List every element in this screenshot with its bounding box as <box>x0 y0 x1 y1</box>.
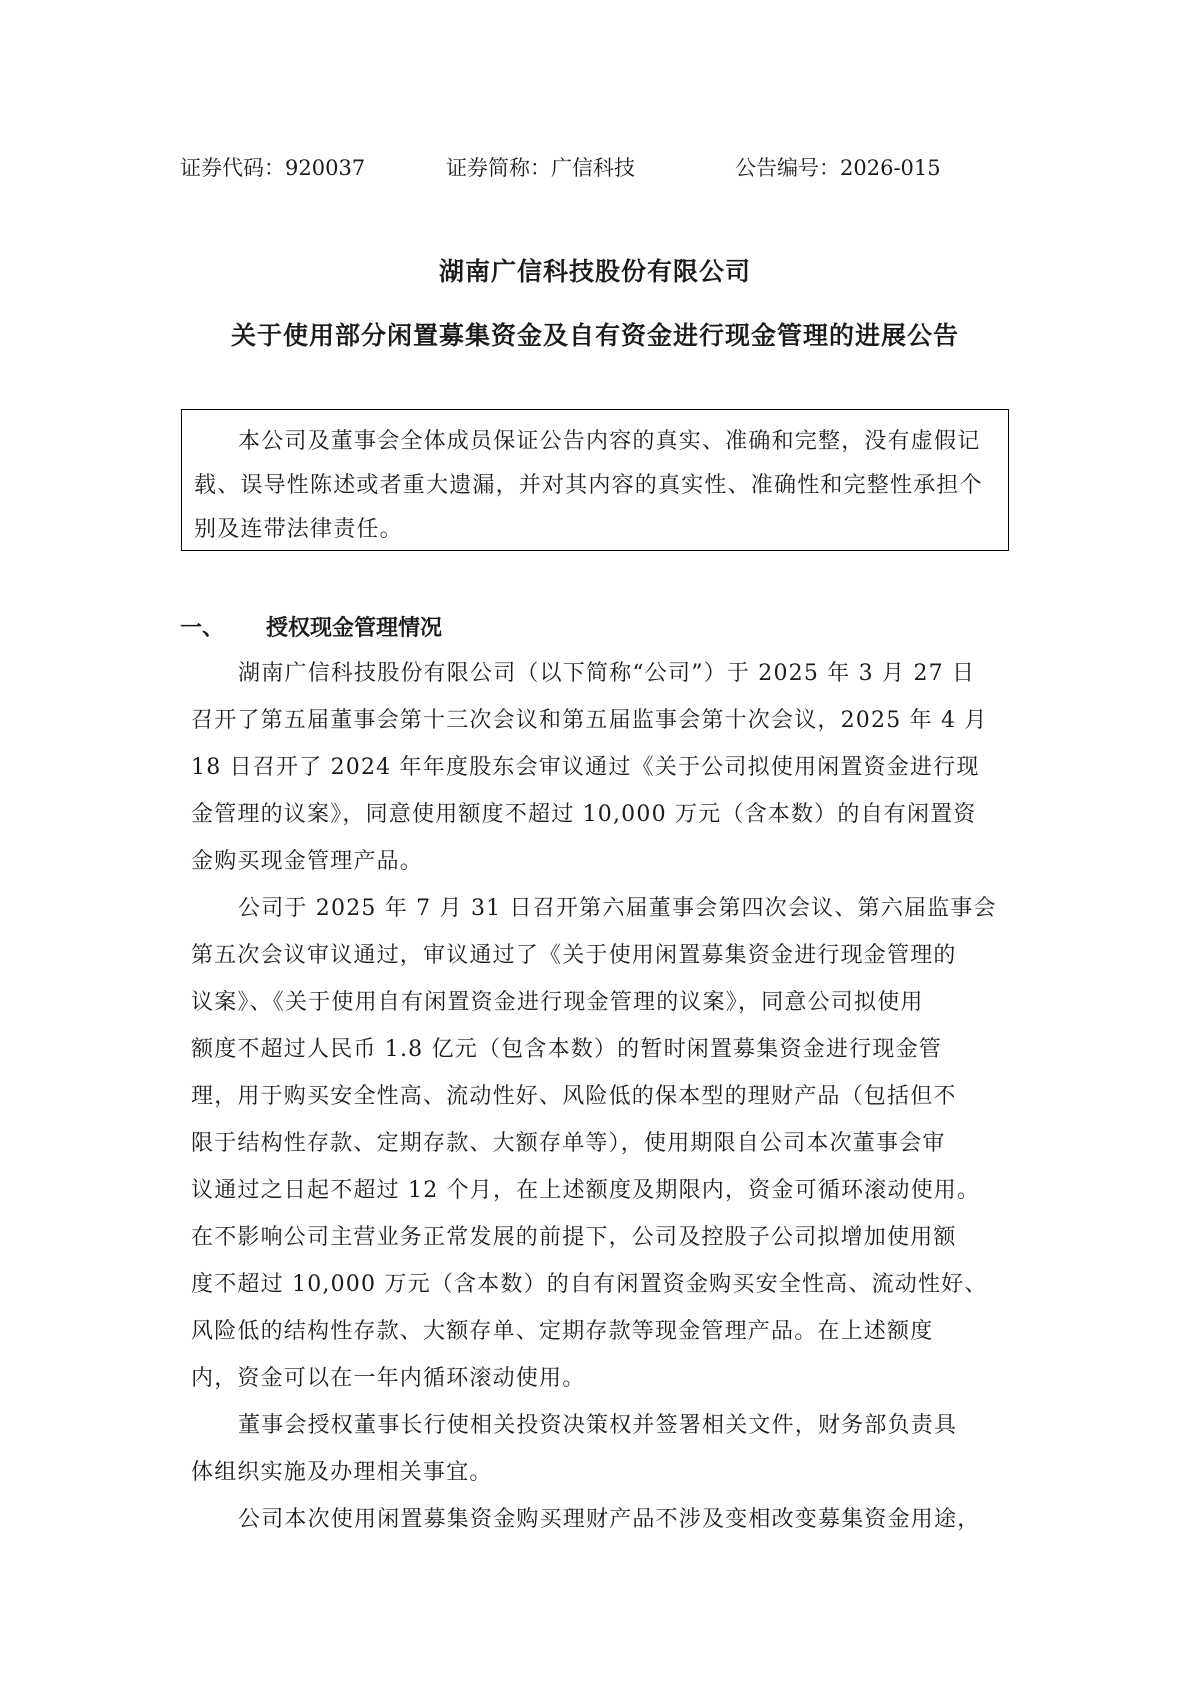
paragraph-line: 度不超过 10,000 万元（含本数）的自有闲置资金购买安全性高、流动性好、 <box>191 1267 988 1298</box>
paragraph-line: 公司于 2025 年 7 月 31 日召开第六届董事会第四次会议、第六届监事会 <box>238 891 997 922</box>
disclaimer-line: 载、误导性陈述或者重大遗漏，并对其内容的真实性、准确性和完整性承担个 <box>194 468 983 499</box>
disclaimer-line: 别及连带法律责任。 <box>194 512 403 543</box>
paragraph-line: 议案》、《关于使用自有闲置资金进行现金管理的议案》，同意公司拟使用 <box>191 985 924 1016</box>
section-number: 一、 <box>180 611 224 642</box>
paragraph-line: 体组织实施及办理相关事宜。 <box>191 1455 493 1486</box>
disclaimer-line: 本公司及董事会全体成员保证公告内容的真实、准确和完整，没有虚假记 <box>238 424 980 455</box>
paragraph-line: 公司本次使用闲置募集资金购买理财产品不涉及变相改变募集资金用途， <box>238 1502 980 1533</box>
security-short-name: 证券简称：广信科技 <box>446 152 635 182</box>
paragraph-line: 议通过之日起不超过 12 个月，在上述额度及期限内，资金可循环滚动使用。 <box>191 1173 980 1204</box>
paragraph-line: 限于结构性存款、定期存款、大额存单等），使用期限自公司本次董事会审 <box>191 1126 946 1157</box>
paragraph-line: 湖南广信科技股份有限公司（以下简称“公司”）于 2025 年 3 月 27 日 <box>238 656 975 687</box>
company-title: 湖南广信科技股份有限公司 <box>0 252 1190 288</box>
paragraph-line: 18 日召开了 2024 年年度股东会审议通过《关于公司拟使用闲置资金进行现 <box>191 750 980 781</box>
announcement-title: 关于使用部分闲置募集资金及自有资金进行现金管理的进展公告 <box>0 316 1190 352</box>
paragraph-line: 金购买现金管理产品。 <box>191 844 423 875</box>
security-code: 证券代码：920037 <box>180 152 365 182</box>
paragraph-line: 额度不超过人民币 1.8 亿元（包含本数）的暂时闲置募集资金进行现金管 <box>191 1032 942 1063</box>
paragraph-line: 董事会授权董事长行使相关投资决策权并签署相关文件，财务部负责具 <box>238 1408 957 1439</box>
paragraph-line: 召开了第五届董事会第十三次会议和第五届监事会第十次会议，2025 年 4 月 <box>191 703 988 734</box>
paragraph-line: 内，资金可以在一年内循环滚动使用。 <box>191 1361 585 1392</box>
paragraph-line: 第五次会议审议通过，审议通过了《关于使用闲置募集资金进行现金管理的 <box>191 938 957 969</box>
paragraph-line: 理，用于购买安全性高、流动性好、风险低的保本型的理财产品（包括但不 <box>191 1079 957 1110</box>
disclaimer-box: 本公司及董事会全体成员保证公告内容的真实、准确和完整，没有虚假记 载、误导性陈述… <box>181 409 1009 551</box>
paragraph-line: 金管理的议案》，同意使用额度不超过 10,000 万元（含本数）的自有闲置资 <box>191 797 977 828</box>
paragraph-line: 风险低的结构性存款、大额存单、定期存款等现金管理产品。在上述额度 <box>191 1314 933 1345</box>
section-title: 授权现金管理情况 <box>266 611 442 642</box>
announcement-number: 公告编号：2026-015 <box>735 152 941 182</box>
paragraph-line: 在不影响公司主营业务正常发展的前提下，公司及控股子公司拟增加使用额 <box>191 1220 957 1251</box>
